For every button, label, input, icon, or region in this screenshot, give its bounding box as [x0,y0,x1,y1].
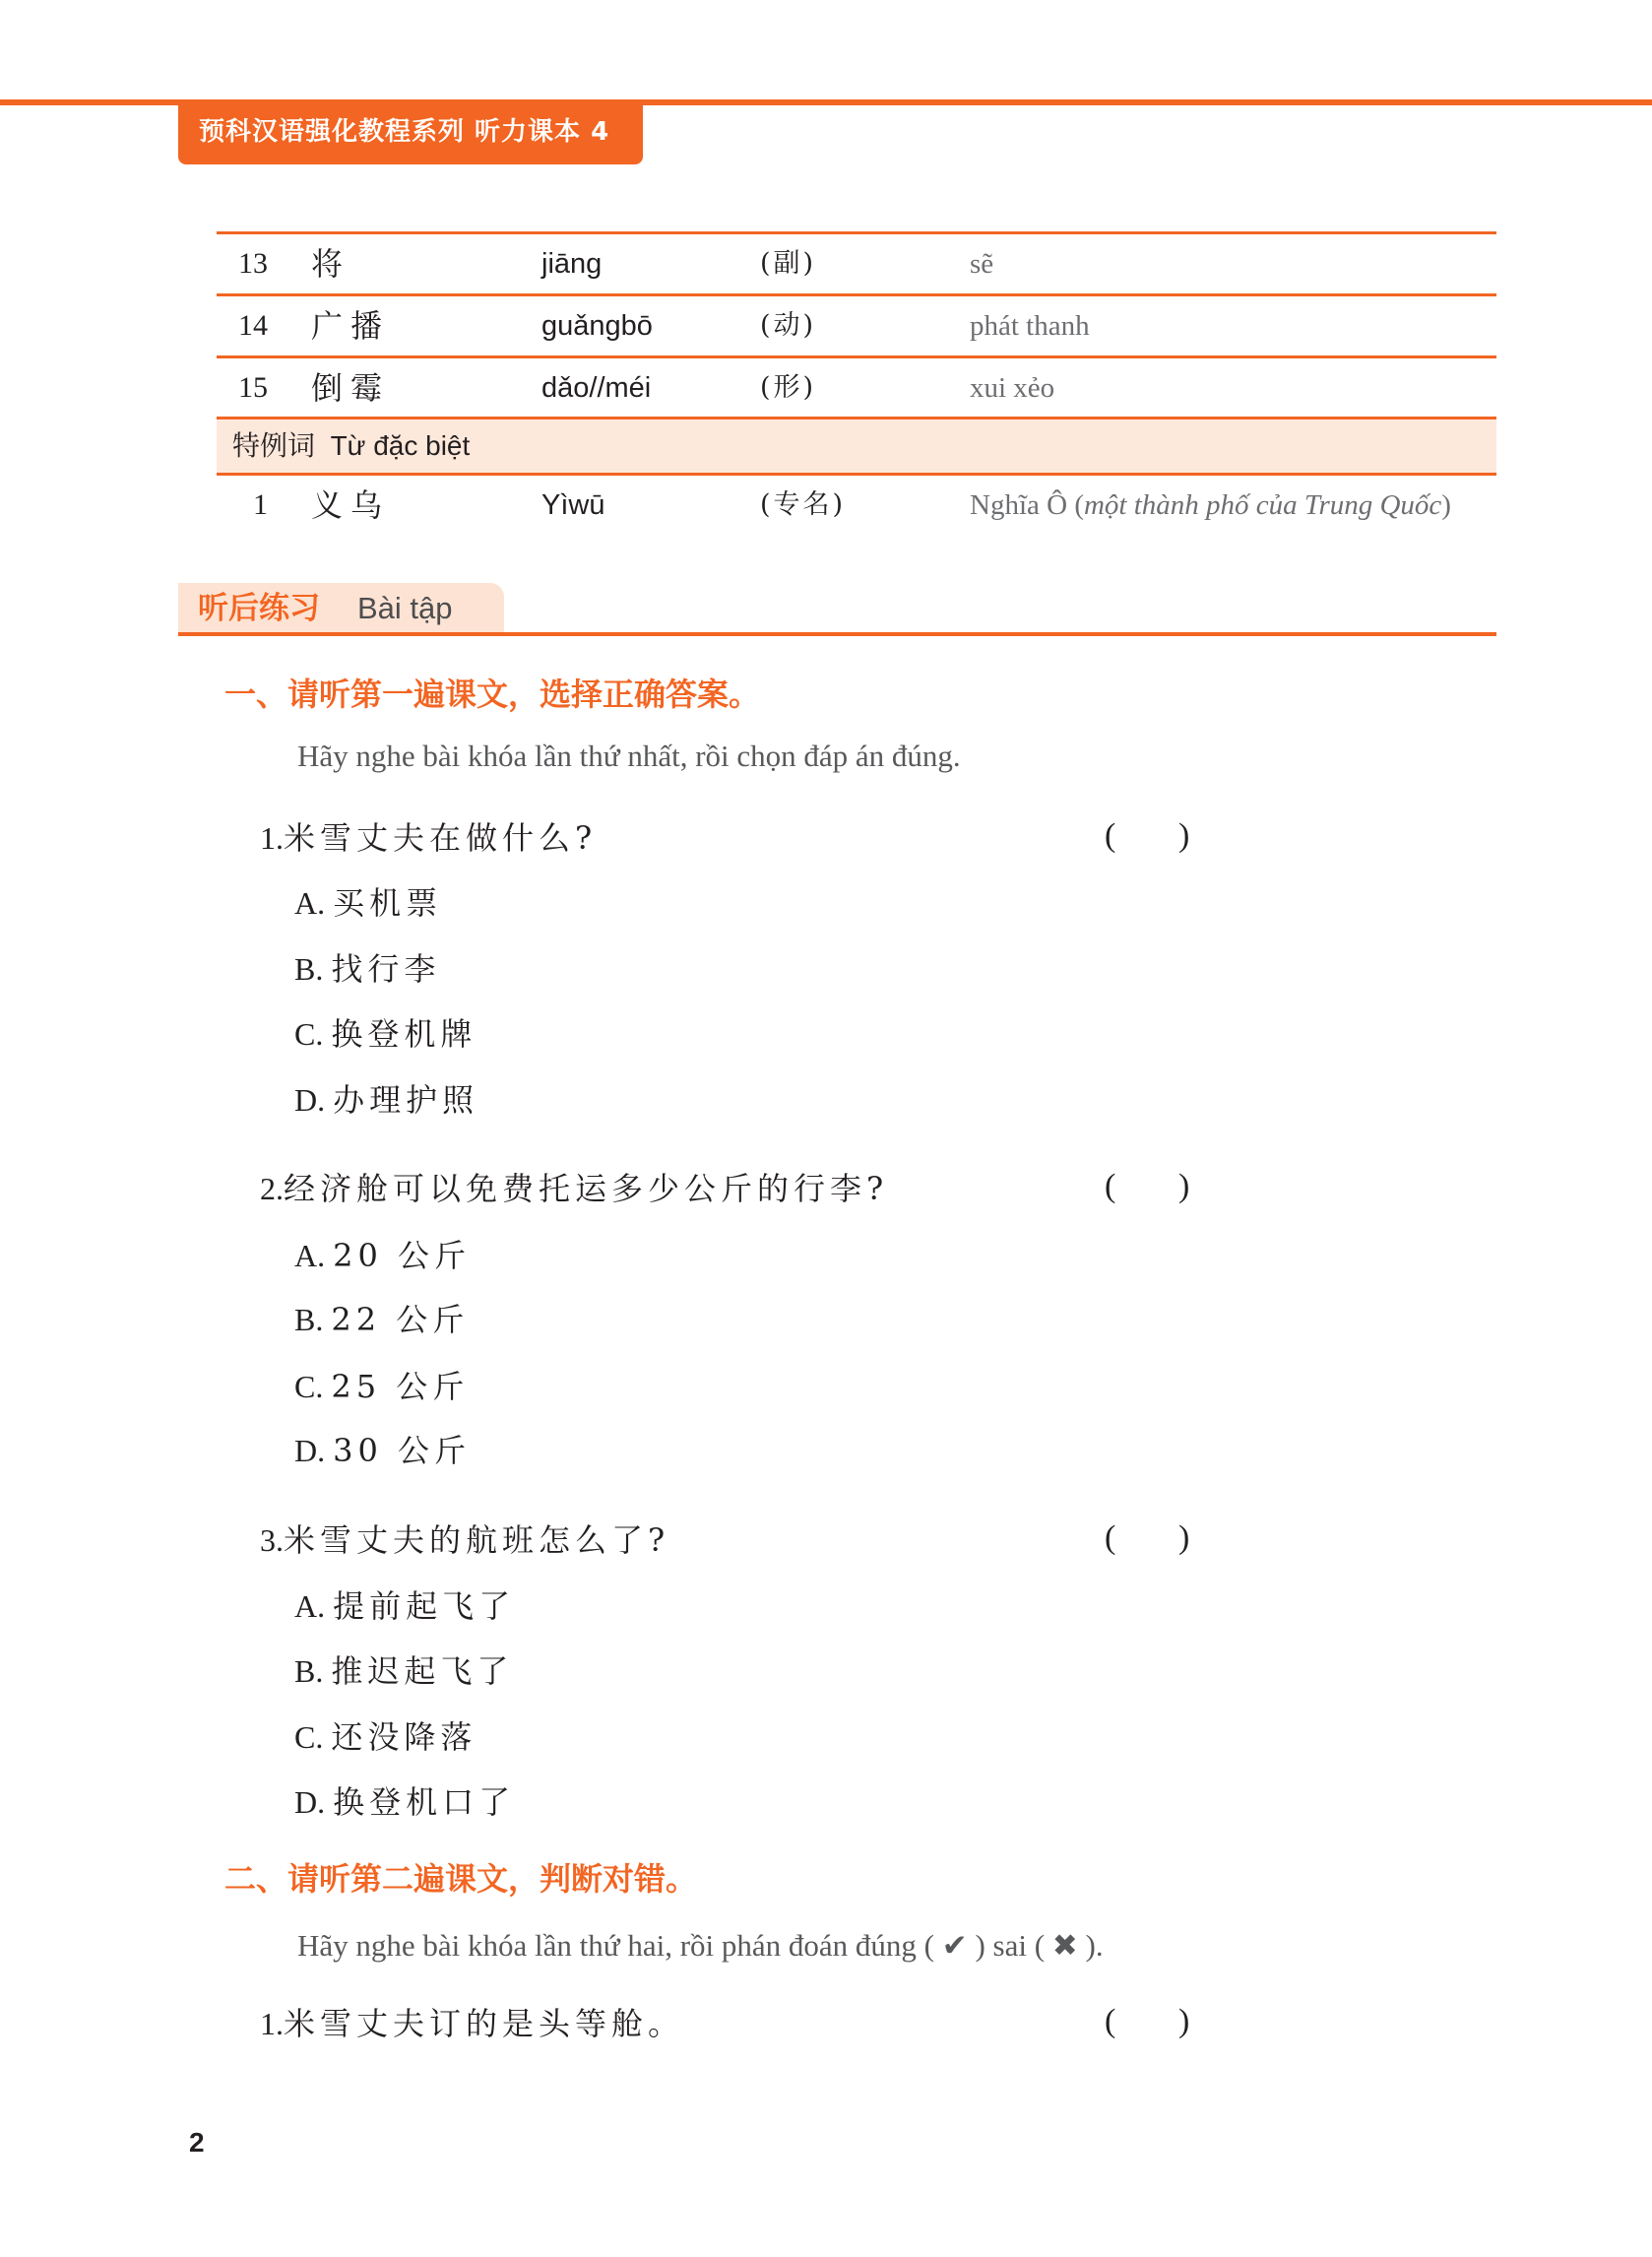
word-number: 13 [238,234,268,293]
bracket-close: ) [1178,1165,1189,1208]
option-label: A. [294,885,325,921]
option-d: D. 办理护照 [294,1078,478,1122]
special-words-header: 特例词 Từ đặc biệt [217,418,1496,474]
option-a: A. 提前起飞了 [294,1584,515,1628]
question-number: 1. [260,2006,284,2041]
option-label: D. [294,1433,325,1468]
option-text: 20 公斤 [333,1237,471,1274]
bracket-close: ) [1178,814,1189,858]
option-label: B. [294,1653,323,1689]
option-text: 推迟起飞了 [331,1652,513,1690]
word-pinyin: Yìwū [541,476,604,535]
option-b: B. 找行李 [294,947,440,991]
table-row: 15 倒霉 dǎo//méi (形) xui xẻo [217,358,1496,418]
question-number: 1. [260,820,284,856]
special-words-label-vi: Từ đặc biệt [331,430,471,461]
meaning-plain: Nghĩa Ô ( [970,489,1084,521]
word-hanzi: 义乌 [311,476,390,535]
special-words-label: 特例词 Từ đặc biệt [232,418,470,474]
table-row: 13 将 jiāng (副) sẽ [217,234,1496,293]
question-number: 3. [260,1522,284,1558]
bracket-open: ( [1105,1165,1115,1208]
part1-heading: 一、请听第一遍课文，选择正确答案。 [224,673,760,716]
series-title-tab: 预科汉语强化教程系列 听力课本 4 [178,99,643,164]
word-pos: (专名) [760,476,846,535]
question-text: 经济舱可以免费托运多少公斤的行李? [284,1170,888,1207]
option-label: C. [294,1369,323,1404]
option-b: B. 22 公斤 [294,1298,469,1341]
word-pos: (副) [760,234,816,293]
table-row: 1 义乌 Yìwū (专名) Nghĩa Ô (một thành phố củ… [217,476,1496,535]
option-label: D. [294,1784,325,1820]
word-number: 1 [253,476,268,535]
option-label: C. [294,1016,323,1052]
exercises-section-rule [178,632,1496,636]
option-text: 还没降落 [331,1718,477,1756]
bracket-open: ( [1105,1516,1115,1560]
word-pinyin: dǎo//méi [541,358,651,418]
option-c: C. 25 公斤 [294,1365,469,1408]
part2-heading: 二、请听第二遍课文，判断对错。 [224,1857,697,1901]
option-text: 换登机口了 [333,1783,515,1821]
bracket-close: ) [1178,2000,1189,2043]
question-text: 米雪丈夫的航班怎么了? [284,1521,669,1559]
meaning-close: ) [1441,489,1451,521]
word-pinyin: guǎngbō [541,296,653,355]
word-number: 15 [238,358,268,418]
exercises-section-tab: 听后练习 Bài tập [178,583,504,634]
series-title: 预科汉语强化教程系列 听力课本 4 [199,117,609,147]
word-meaning: phát thanh [970,296,1090,355]
option-text: 提前起飞了 [333,1587,515,1625]
option-label: B. [294,951,323,987]
word-meaning: xui xẻo [970,358,1054,418]
option-a: A. 买机票 [294,881,442,925]
table-rule [217,417,1496,419]
word-meaning: Nghĩa Ô (một thành phố của Trung Quốc) [970,476,1451,535]
option-a: A. 20 公斤 [294,1234,471,1277]
question-number: 2. [260,1171,284,1206]
option-label: D. [294,1082,325,1118]
question-2: 2.经济舱可以免费托运多少公斤的行李? [260,1167,888,1210]
option-text: 买机票 [333,884,442,922]
word-hanzi: 将 [311,234,350,293]
bracket-open: ( [1105,2000,1115,2043]
word-pos: (形) [760,358,816,418]
word-pinyin: jiāng [541,234,602,293]
question-1: 1.米雪丈夫在做什么? [260,816,597,860]
option-text: 找行李 [331,950,440,988]
special-words-label-zh: 特例词 [232,429,315,462]
exercises-title-zh: 听后练习 [198,583,320,634]
meaning-italic: một thành phố của Trung Quốc [1084,489,1441,521]
option-text: 换登机牌 [331,1015,477,1053]
option-label: B. [294,1302,323,1337]
question-3: 3.米雪丈夫的航班怎么了? [260,1518,669,1562]
word-hanzi: 倒霉 [311,358,390,418]
option-text: 办理护照 [333,1081,478,1119]
word-meaning: sẽ [970,234,993,293]
option-label: A. [294,1588,325,1624]
option-d: D. 换登机口了 [294,1780,515,1824]
option-text: 22 公斤 [331,1301,469,1338]
option-label: A. [294,1238,325,1273]
exercises-title-vi: Bài tập [357,583,453,634]
word-pos: (动) [760,296,816,355]
part1-instruction: Hãy nghe bài khóa lần thứ nhất, rồi chọn… [297,735,961,778]
word-hanzi: 广播 [311,296,390,355]
option-b: B. 推迟起飞了 [294,1649,513,1693]
question-text: 米雪丈夫订的是头等舱。 [284,2005,684,2042]
question-text: 米雪丈夫在做什么? [284,819,597,857]
part2-instruction: Hãy nghe bài khóa lần thứ hai, rồi phán … [297,1924,1104,1967]
table-row: 14 广播 guǎngbō (动) phát thanh [217,296,1496,355]
option-text: 25 公斤 [331,1368,469,1405]
word-number: 14 [238,296,268,355]
option-c: C. 换登机牌 [294,1012,477,1056]
option-c: C. 还没降落 [294,1715,477,1759]
option-text: 30 公斤 [333,1432,471,1469]
page-number: 2 [189,2127,205,2159]
judgement-question-1: 1.米雪丈夫订的是头等舱。 [260,2002,684,2045]
bracket-open: ( [1105,814,1115,858]
option-label: C. [294,1719,323,1755]
bracket-close: ) [1178,1516,1189,1560]
option-d: D. 30 公斤 [294,1429,471,1472]
